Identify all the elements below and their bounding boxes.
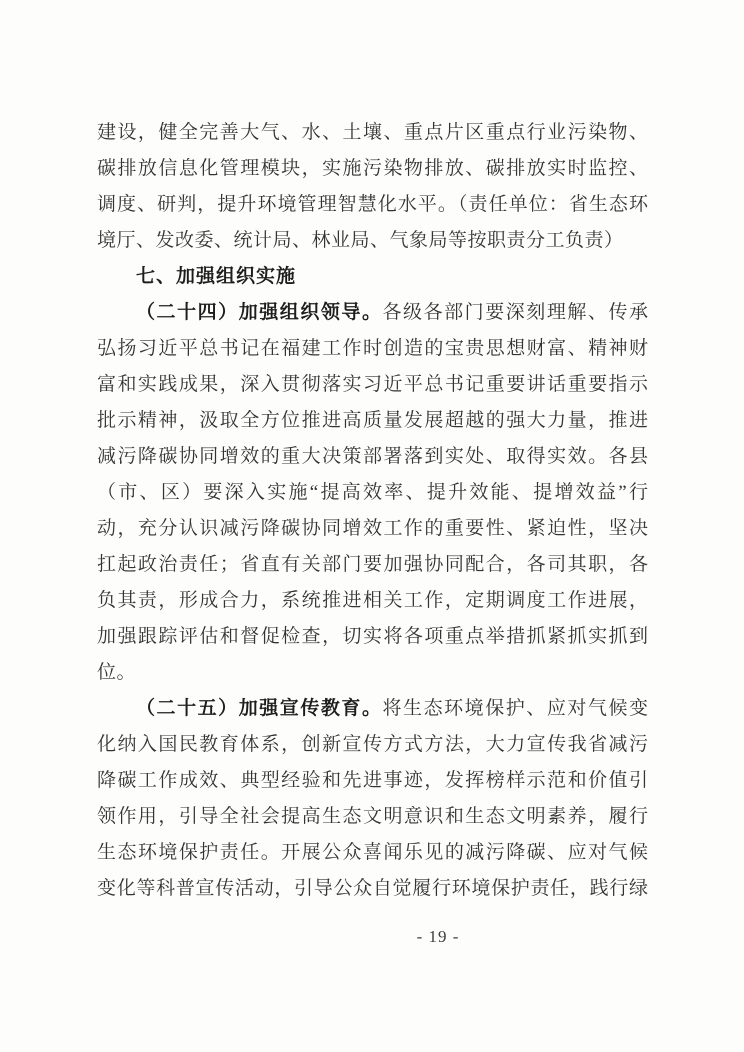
text-line: 降碳工作成效、典型经验和先进事迹，发挥榜样示范和价值引	[97, 763, 648, 799]
text-segment: 碳排放信息化管理模块，实施污染物排放、碳排放实时监控、	[97, 158, 648, 179]
bold-text-segment: （二十四）加强组织领导。	[136, 302, 383, 323]
text-line: 领作用，引导全社会提高生态文明意识和生态文明素养，履行	[97, 799, 648, 835]
text-segment: 将生态环境保护、应对气候变	[383, 698, 649, 719]
text-line: 生态环境保护责任。开展公众喜闻乐见的减污降碳、应对气候	[97, 835, 648, 871]
text-segment: 调度、研判，提升环境管理智慧化水平。（责任单位：省生态环	[97, 194, 648, 215]
bold-text-segment: 七、加强组织实施	[136, 266, 296, 287]
text-line: （二十四）加强组织领导。各级各部门要深刻理解、传承	[97, 295, 648, 331]
text-segment: 负其责，形成合力，系统推进相关工作，定期调度工作进展，	[97, 590, 648, 611]
document-body: 建设，健全完善大气、水、土壤、重点片区重点行业污染物、碳排放信息化管理模块，实施…	[97, 115, 648, 907]
text-segment: （市、区）要深入实施“提高效率、提升效能、提增效益”行	[97, 482, 648, 503]
text-line: 变化等科普宣传活动，引导公众自觉履行环境保护责任，践行绿	[97, 871, 648, 907]
text-line: 负其责，形成合力，系统推进相关工作，定期调度工作进展，	[97, 583, 648, 619]
section-heading: 七、加强组织实施	[97, 259, 648, 295]
text-segment: 扛起政治责任；省直有关部门要加强协同配合，各司其职，各	[97, 554, 648, 575]
text-line: 碳排放信息化管理模块，实施污染物排放、碳排放实时监控、	[97, 151, 648, 187]
text-line: 扛起政治责任；省直有关部门要加强协同配合，各司其职，各	[97, 547, 648, 583]
text-segment: 加强跟踪评估和督促检查，切实将各项重点举措抓紧抓实抓到	[97, 626, 648, 647]
text-segment: 生态环境保护责任。开展公众喜闻乐见的减污降碳、应对气候	[97, 842, 648, 863]
text-segment: 变化等科普宣传活动，引导公众自觉履行环境保护责任，践行绿	[97, 878, 648, 899]
text-line: 建设，健全完善大气、水、土壤、重点片区重点行业污染物、	[97, 115, 648, 151]
text-segment: 富和实践成果，深入贯彻落实习近平总书记重要讲话重要指示	[97, 374, 648, 395]
text-segment: 境厅、发改委、统计局、林业局、气象局等按职责分工负责）	[97, 230, 624, 251]
text-line: 调度、研判，提升环境管理智慧化水平。（责任单位：省生态环	[97, 187, 648, 223]
text-line: （二十五）加强宣传教育。将生态环境保护、应对气候变	[97, 691, 648, 727]
text-line: 批示精神，汲取全方位推进高质量发展超越的强大力量，推进	[97, 403, 648, 439]
text-segment: 减污降碳协同增效的重大决策部署落到实处、取得实效。各县	[97, 446, 648, 467]
text-segment: 弘扬习近平总书记在福建工作时创造的宝贵思想财富、精神财	[97, 338, 648, 359]
text-line: 减污降碳协同增效的重大决策部署落到实处、取得实效。各县	[97, 439, 648, 475]
text-line: 富和实践成果，深入贯彻落实习近平总书记重要讲话重要指示	[97, 367, 648, 403]
text-line: （市、区）要深入实施“提高效率、提升效能、提增效益”行	[97, 475, 648, 511]
text-segment: 各级各部门要深刻理解、传承	[383, 302, 649, 323]
text-line: 弘扬习近平总书记在福建工作时创造的宝贵思想财富、精神财	[97, 331, 648, 367]
text-segment: 建设，健全完善大气、水、土壤、重点片区重点行业污染物、	[97, 122, 648, 143]
text-line: 化纳入国民教育体系，创新宣传方式方法，大力宣传我省减污	[97, 727, 648, 763]
text-segment: 降碳工作成效、典型经验和先进事迹，发挥榜样示范和价值引	[97, 770, 648, 791]
text-line: 动，充分认识减污降碳协同增效工作的重要性、紧迫性，坚决	[97, 511, 648, 547]
text-line: 加强跟踪评估和督促检查，切实将各项重点举措抓紧抓实抓到	[97, 619, 648, 655]
document-page: 建设，健全完善大气、水、土壤、重点片区重点行业污染物、碳排放信息化管理模块，实施…	[0, 0, 744, 1052]
text-segment: 化纳入国民教育体系，创新宣传方式方法，大力宣传我省减污	[97, 734, 648, 755]
page-number: - 19 -	[410, 927, 466, 947]
text-line: 境厅、发改委、统计局、林业局、气象局等按职责分工负责）	[97, 223, 648, 259]
text-line: 位。	[97, 655, 648, 691]
bold-text-segment: （二十五）加强宣传教育。	[136, 698, 383, 719]
text-segment: 动，充分认识减污降碳协同增效工作的重要性、紧迫性，坚决	[97, 518, 648, 539]
text-segment: 位。	[97, 662, 136, 683]
text-segment: 领作用，引导全社会提高生态文明意识和生态文明素养，履行	[97, 806, 648, 827]
text-segment: 批示精神，汲取全方位推进高质量发展超越的强大力量，推进	[97, 410, 648, 431]
